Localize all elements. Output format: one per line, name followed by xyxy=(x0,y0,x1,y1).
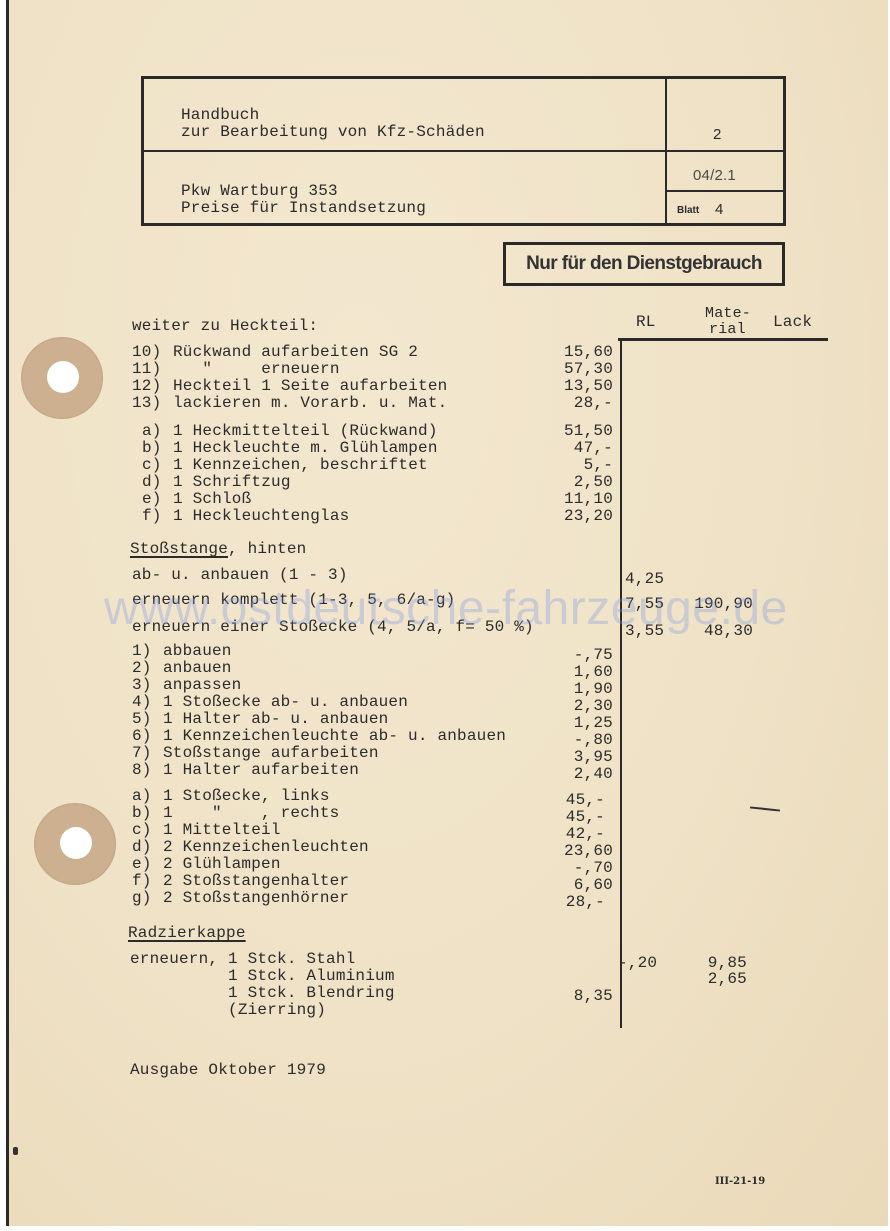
list-item-rl: -,20 xyxy=(618,955,657,972)
intro-heading: weiter zu Heckteil: xyxy=(132,318,318,335)
list-item-letter: f) xyxy=(142,508,162,525)
blatt-label: Blatt xyxy=(677,205,699,216)
list-item-price: 2,40 xyxy=(533,766,613,783)
list-item-letter: c) xyxy=(132,822,152,839)
list-item-text: 1 Stck. Blendring xyxy=(130,985,395,1002)
list-item-text: 1 " , rechts xyxy=(163,805,339,822)
section-heading-stossstange: Stoßstange, hinten xyxy=(130,541,306,558)
list-item-price: 2,30 xyxy=(533,698,613,715)
list-item-price: 28,- xyxy=(525,894,605,911)
document-subject: Preise für Instandsetzung xyxy=(181,200,426,217)
list-item-price: -,70 xyxy=(533,860,613,877)
list-item-text: 1 Halter aufarbeiten xyxy=(163,762,359,779)
manual-title: Handbuch xyxy=(181,107,259,124)
list-item-price: 45,- xyxy=(525,809,605,826)
column-header-material-1: Mate- xyxy=(705,305,751,322)
list-item-letter: a) xyxy=(142,423,162,440)
list-item-price: 57,30 xyxy=(533,361,613,378)
list-item-number: 2) xyxy=(132,660,152,677)
list-item-price: 13,50 xyxy=(533,378,613,395)
list-item-price: 3,95 xyxy=(533,749,613,766)
list-item-text: 2 Glühlampen xyxy=(163,856,281,873)
list-item-price: 15,60 xyxy=(533,344,613,361)
document-page: Handbuch zur Bearbeitung von Kfz-Schäden… xyxy=(6,0,888,1226)
section-number: 2 xyxy=(713,126,722,143)
list-item-price: -,75 xyxy=(533,647,613,664)
list-item-text: " erneuern xyxy=(173,361,340,378)
ink-dot xyxy=(13,1147,18,1155)
list-item-text: abbauen xyxy=(163,643,232,660)
list-item-text: 1 Stck. Aluminium xyxy=(130,968,395,985)
section-heading-radzierkappe: Radzierkappe xyxy=(128,925,246,942)
list-item-letter: b) xyxy=(142,440,162,457)
list-item-number: 5) xyxy=(132,711,152,728)
list-item-text: 2 Stoßstangenhörner xyxy=(163,890,349,907)
list-item-number: 13) xyxy=(132,395,161,412)
list-item-price: 8,35 xyxy=(533,988,613,1005)
list-item-price: 11,10 xyxy=(533,491,613,508)
manual-subtitle: zur Bearbeitung von Kfz-Schäden xyxy=(181,124,485,141)
edition-note: Ausgabe Oktober 1979 xyxy=(130,1062,326,1079)
list-item-text: anpassen xyxy=(163,677,241,694)
list-item-text: 1 Heckleuchte m. Glühlampen xyxy=(173,440,438,457)
header-divider-horizontal xyxy=(144,150,783,152)
list-item-price: 42,- xyxy=(525,826,605,843)
list-item-number: 1) xyxy=(132,643,152,660)
punch-hole-reinforcement-bottom xyxy=(34,803,116,885)
list-item-price: 28,- xyxy=(533,395,613,412)
list-item-price: 1,25 xyxy=(533,715,613,732)
list-item-number: 11) xyxy=(132,361,161,378)
blatt-number: 4 xyxy=(715,201,723,218)
document-code: 04/2.1 xyxy=(693,167,736,184)
vehicle-name: Pkw Wartburg 353 xyxy=(181,183,338,200)
list-item-text: erneuern, 1 Stck. Stahl xyxy=(130,951,355,968)
list-item-text: lackieren m. Vorarb. u. Mat. xyxy=(173,395,447,412)
list-item-text: 1 Heckleuchtenglas xyxy=(173,508,349,525)
heading-rest-text: , hinten xyxy=(228,540,306,558)
ink-smudge xyxy=(750,806,780,811)
list-item-text: Heckteil 1 Seite aufarbeiten xyxy=(173,378,447,395)
list-item-number: 10) xyxy=(132,344,161,361)
list-item-letter: c) xyxy=(142,457,162,474)
column-header-rl: RL xyxy=(636,314,656,331)
column-header-rule xyxy=(618,338,828,341)
website-watermark: www.ostdeutsche-fahrzeuge.de xyxy=(104,584,788,634)
list-item-text: Rückwand aufarbeiten SG 2 xyxy=(173,344,418,361)
list-item-text: 2 Kennzeichenleuchten xyxy=(163,839,369,856)
header-divider-blatt xyxy=(665,190,783,192)
list-item-text: 2 Stoßstangenhalter xyxy=(163,873,349,890)
list-item-text: 1 Stoßecke, links xyxy=(163,788,330,805)
list-item-text: 1 Schloß xyxy=(173,491,251,508)
list-item-text: (Zierring) xyxy=(130,1002,326,1019)
list-item-number: 7) xyxy=(132,745,152,762)
list-item-letter: b) xyxy=(132,805,152,822)
list-item-price: 47,- xyxy=(533,440,613,457)
list-item-letter: e) xyxy=(142,491,162,508)
form-code: III-21-19 xyxy=(715,1176,765,1187)
list-item-number: 6) xyxy=(132,728,152,745)
list-item-number: 12) xyxy=(132,378,161,395)
list-item-price: 23,60 xyxy=(533,843,613,860)
list-item-text: 1 Kennzeichenleuchte ab- u. anbauen xyxy=(163,728,506,745)
column-header-lack: Lack xyxy=(773,314,812,331)
list-item-text: 1 Heckmittelteil (Rückwand) xyxy=(173,423,438,440)
list-item-number: 3) xyxy=(132,677,152,694)
list-item-text: 1 Mittelteil xyxy=(163,822,281,839)
list-item-price: 2,50 xyxy=(533,474,613,491)
list-item-price: 1,90 xyxy=(533,681,613,698)
list-item-letter: e) xyxy=(132,856,152,873)
heading-underlined-text: Stoßstange xyxy=(130,540,228,558)
header-box: Handbuch zur Bearbeitung von Kfz-Schäden… xyxy=(141,76,786,226)
list-item-letter: g) xyxy=(132,890,152,907)
stamp-text: Nur für den Dienstgebrauch xyxy=(526,253,762,275)
list-item-price: 45,- xyxy=(525,792,605,809)
column-header-material-2: rial xyxy=(709,321,746,338)
list-item-letter: d) xyxy=(132,839,152,856)
list-item-letter: d) xyxy=(142,474,162,491)
list-item-price: 51,50 xyxy=(533,423,613,440)
punch-hole-reinforcement-top xyxy=(21,337,103,419)
list-item-text: 1 Stoßecke ab- u. anbauen xyxy=(163,694,408,711)
list-item-letter: f) xyxy=(132,873,152,890)
list-item-number: 8) xyxy=(132,762,152,779)
list-item-text: Stoßstange aufarbeiten xyxy=(163,745,379,762)
list-item-text: 1 Kennzeichen, beschriftet xyxy=(173,457,428,474)
list-item-text: 1 Schriftzug xyxy=(173,474,291,491)
list-item-price: 5,- xyxy=(533,457,613,474)
list-item-price: 23,20 xyxy=(533,508,613,525)
restricted-use-stamp: Nur für den Dienstgebrauch xyxy=(503,242,785,286)
list-item-price: 6,60 xyxy=(533,877,613,894)
list-item-text: anbauen xyxy=(163,660,232,677)
price-column-divider xyxy=(620,340,622,1028)
list-item-number: 4) xyxy=(132,694,152,711)
list-item-letter: a) xyxy=(132,788,152,805)
list-item-price: 1,60 xyxy=(533,664,613,681)
list-item-text: 1 Halter ab- u. anbauen xyxy=(163,711,388,728)
list-item-price: -,80 xyxy=(533,732,613,749)
list-item-material: 2,65 xyxy=(665,971,747,988)
